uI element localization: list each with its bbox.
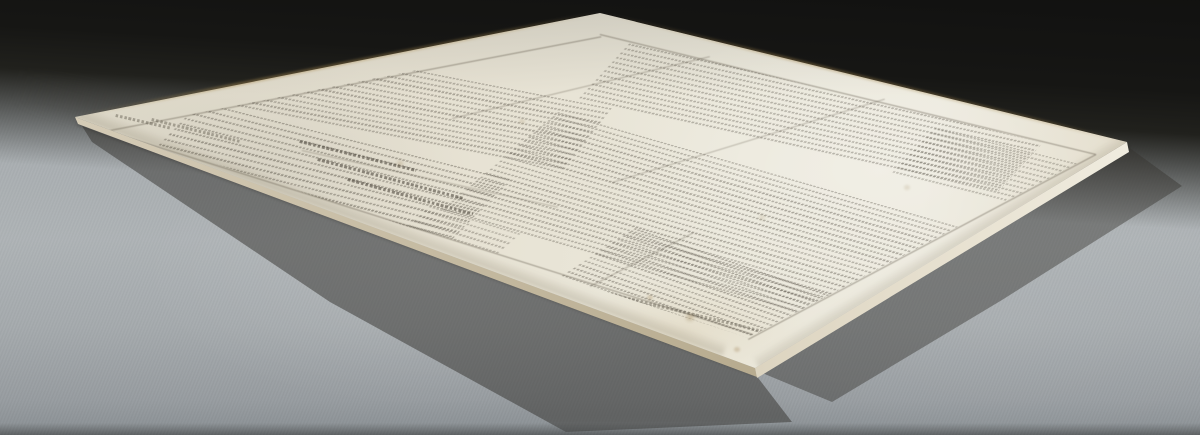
- photo-scene: [0, 0, 1200, 435]
- bottom-vignette: [0, 423, 1200, 435]
